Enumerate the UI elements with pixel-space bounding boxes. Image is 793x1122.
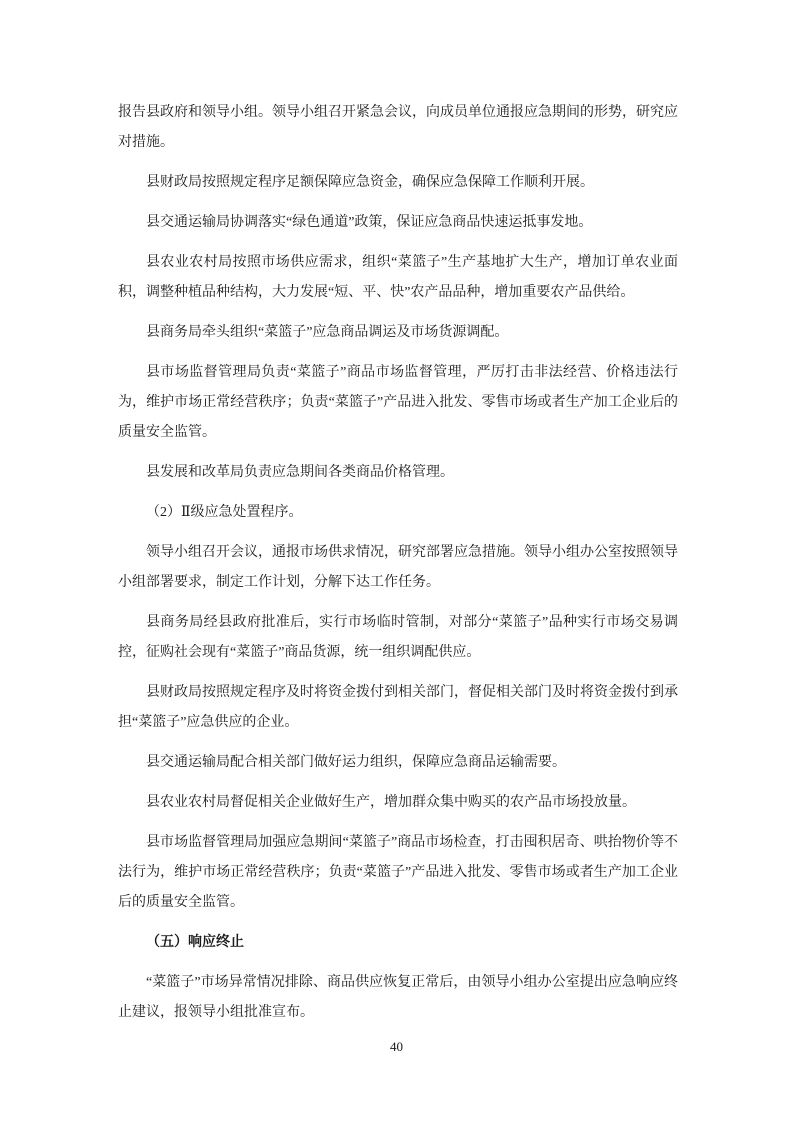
paragraph: 县交通运输局配合相关部门做好运力组织，保障应急商品运输需要。 [118, 748, 678, 778]
paragraph: （2）Ⅱ级应急处置程序。 [118, 498, 678, 528]
page-number: 40 [0, 1038, 793, 1056]
document-body: 报告县政府和领导小组。领导小组召开紧急会议，向成员单位通报应急期间的形势，研究应… [118, 98, 678, 1038]
paragraph: 县财政局按照规定程序足额保障应急资金，确保应急保障工作顺利开展。 [118, 168, 678, 198]
paragraph: 县财政局按照规定程序及时将资金拨付到相关部门，督促相关部门及时将资金拨付到承担“… [118, 678, 678, 738]
paragraph: 报告县政府和领导小组。领导小组召开紧急会议，向成员单位通报应急期间的形势，研究应… [118, 98, 678, 158]
paragraph: 县市场监督管理局加强应急期间“菜篮子”商品市场检查，打击囤积居奇、哄抬物价等不法… [118, 828, 678, 918]
paragraph: 县市场监督管理局负责“菜篮子”商品市场监督管理，严厉打击非法经营、价格违法行为，… [118, 358, 678, 448]
paragraph: 县商务局牵头组织“菜篮子”应急商品调运及市场货源调配。 [118, 318, 678, 348]
paragraph: 县交通运输局协调落实“绿色通道”政策，保证应急商品快速运抵事发地。 [118, 208, 678, 238]
paragraph: 县农业农村局按照市场供应需求，组织“菜篮子”生产基地扩大生产，增加订单农业面积，… [118, 248, 678, 308]
section-heading: （五）响应终止 [118, 928, 678, 958]
paragraph: “菜篮子”市场异常情况排除、商品供应恢复正常后，由领导小组办公室提出应急响应终止… [118, 968, 678, 1028]
paragraph: 县农业农村局督促相关企业做好生产，增加群众集中购买的农产品市场投放量。 [118, 788, 678, 818]
paragraph: 县商务局经县政府批准后，实行市场临时管制，对部分“菜篮子”品种实行市场交易调控，… [118, 608, 678, 668]
document-page: 报告县政府和领导小组。领导小组召开紧急会议，向成员单位通报应急期间的形势，研究应… [0, 0, 793, 1122]
paragraph: 县发展和改革局负责应急期间各类商品价格管理。 [118, 458, 678, 488]
paragraph: 领导小组召开会议，通报市场供求情况，研究部署应急措施。领导小组办公室按照领导小组… [118, 538, 678, 598]
